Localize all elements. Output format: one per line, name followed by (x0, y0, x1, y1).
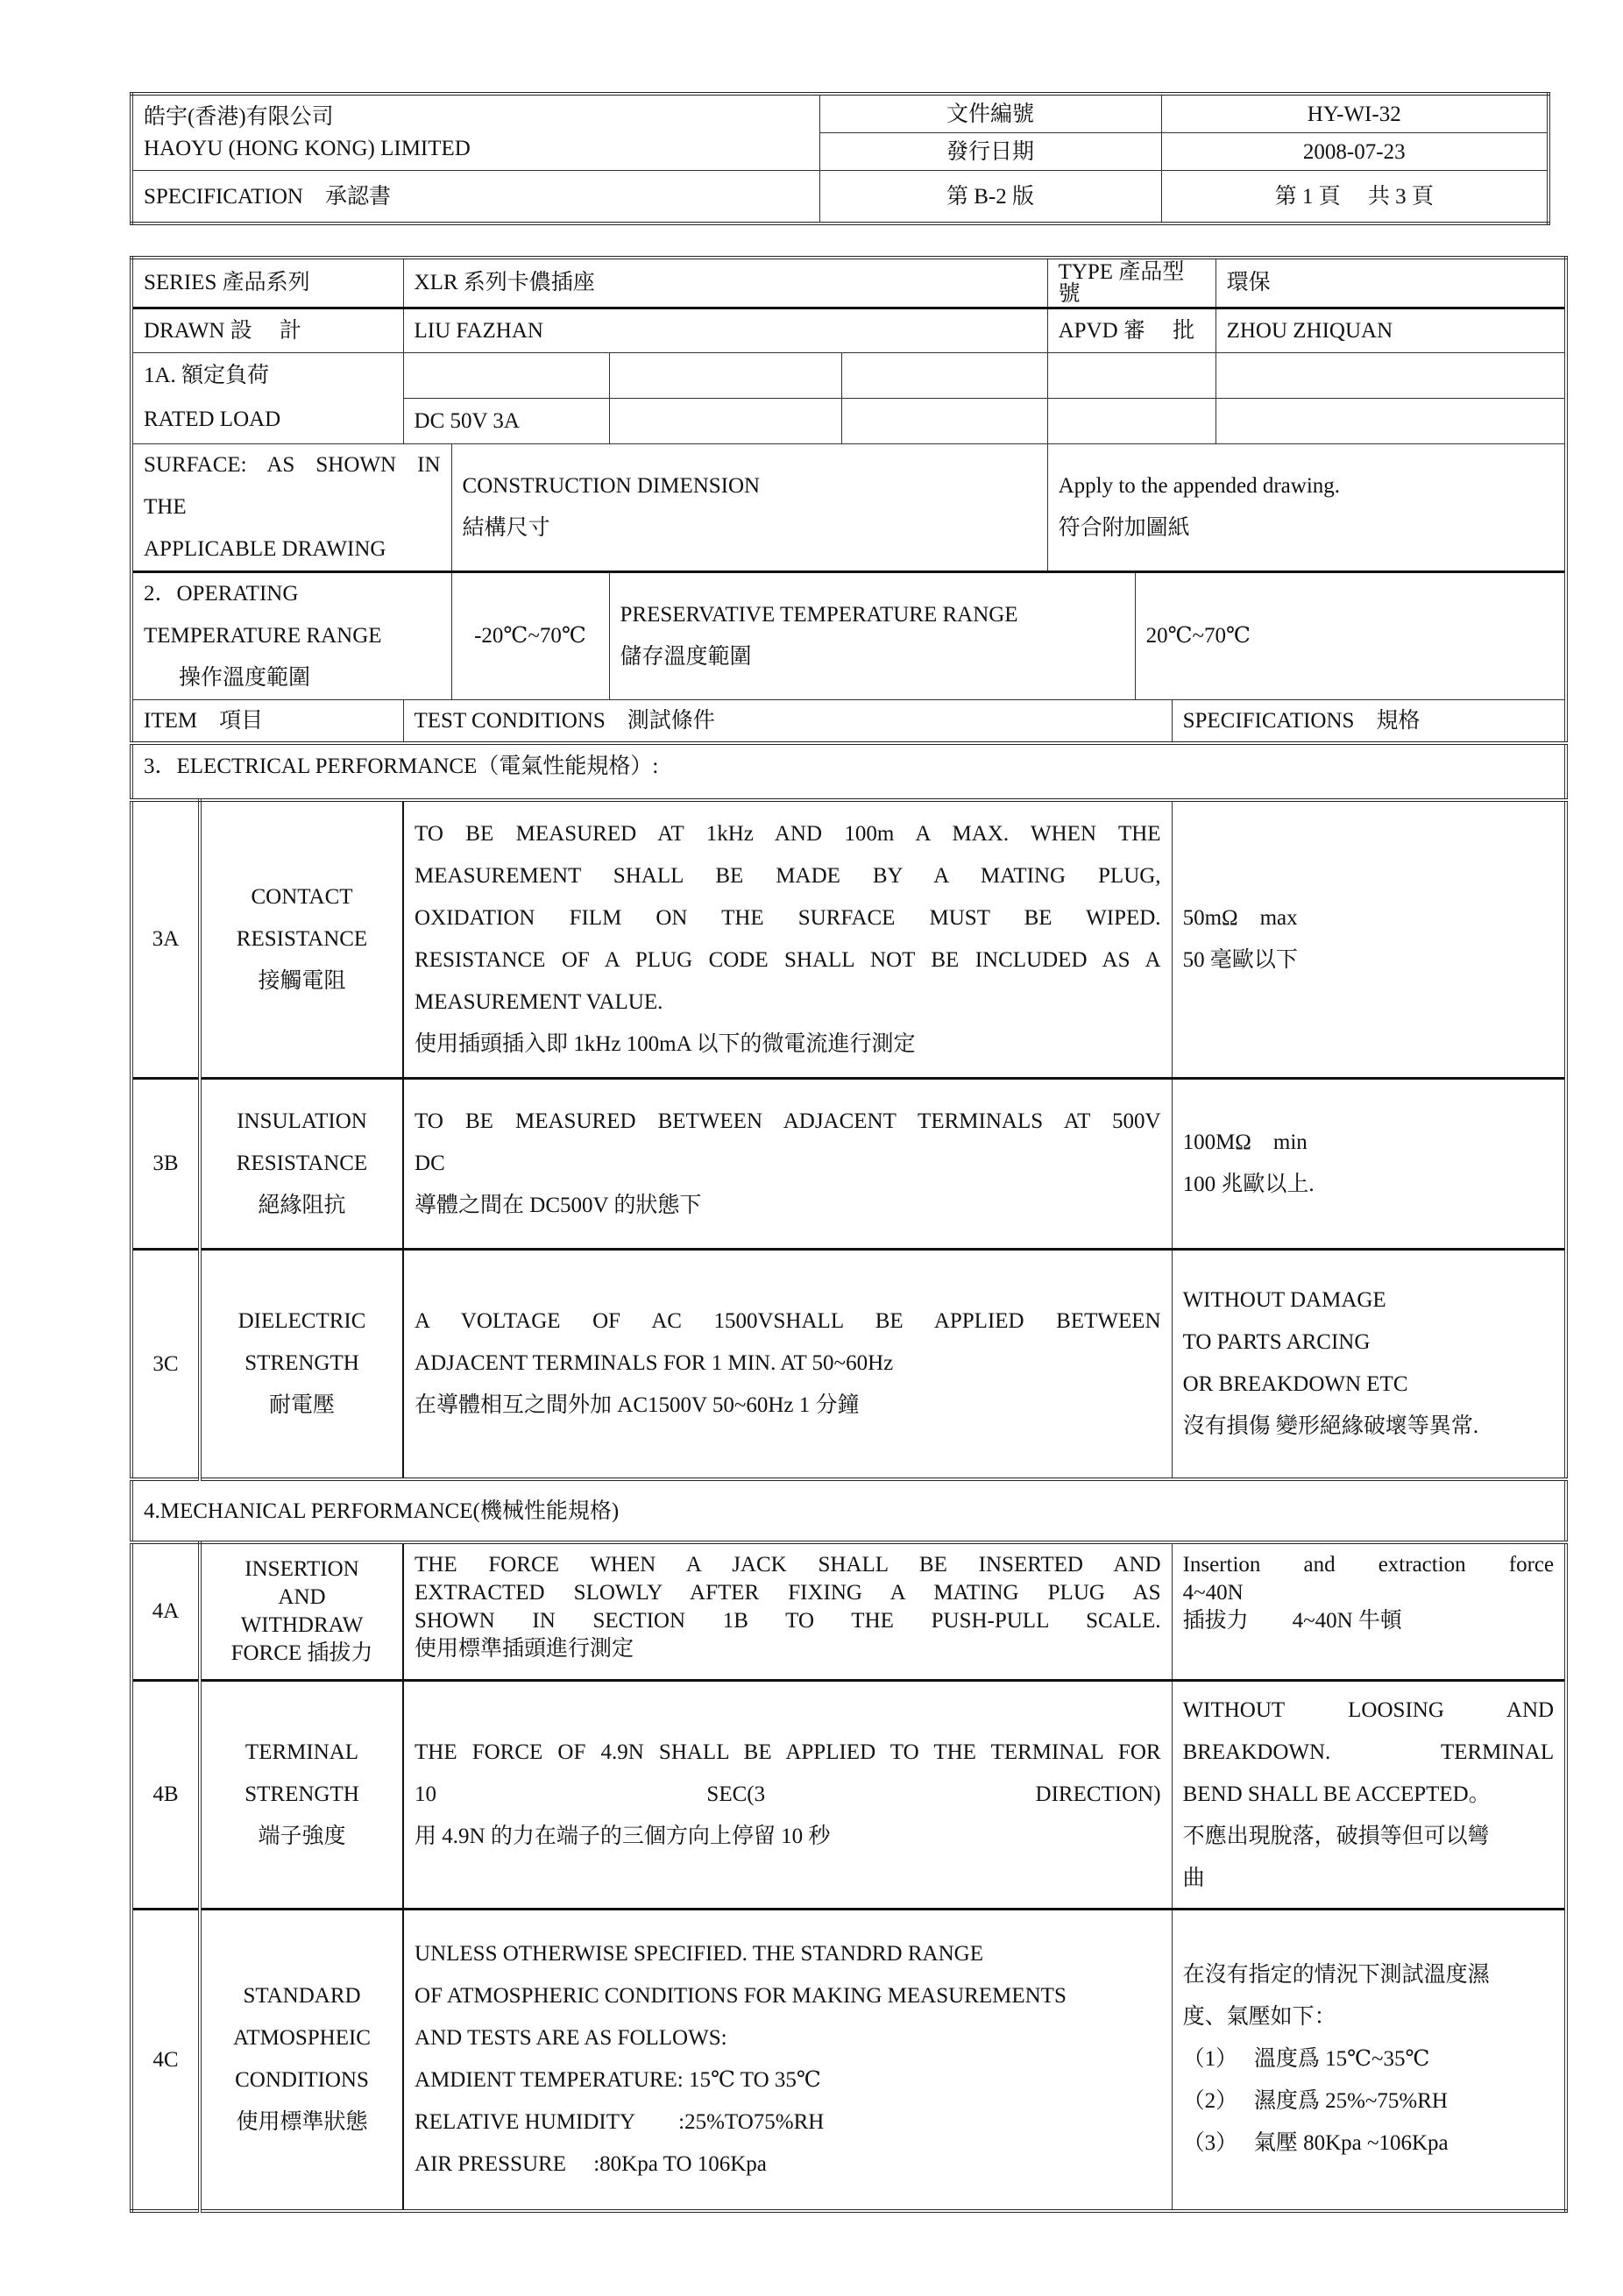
apply-cn: 符合附加圖紙 (1059, 507, 1555, 549)
section-title-row: 3．ELECTRICAL PERFORMANCE（電氣性能規格）: (131, 743, 1566, 800)
spec-line: 50 毫歐以下 (1183, 939, 1555, 981)
table-row: 3BINSULATIONRESISTANCE絕緣阻抗TO BE MEASURED… (131, 1078, 1566, 1249)
item-id: 3B (131, 1078, 200, 1249)
test-conditions: THE FORCE WHEN A JACK SHALL BE INSERTED … (403, 1542, 1172, 1680)
op-temp-cn: 操作溫度範圍 (144, 657, 441, 699)
item-name-line: 接觸電阻 (212, 960, 392, 1003)
specification: 在沒有指定的情況下測試溫度濕度、氣壓如下：（1） 溫度爲 15℃~35℃（2） … (1172, 1909, 1566, 2211)
item-name: CONTACTRESISTANCE接觸電阻 (200, 800, 403, 1078)
rated-load-cell (1047, 398, 1215, 443)
item-name-line: DIELECTRIC (212, 1300, 392, 1343)
condition-line: EXTRACTED SLOWLY AFTER FIXING A MATING P… (415, 1579, 1161, 1607)
company-name-cn: 皓宇(香港)有限公司 (144, 102, 809, 133)
spec-line: Insertion and extraction force (1183, 1551, 1555, 1579)
page-number: 第 1 頁 共 3 頁 (1161, 171, 1549, 224)
rated-load-cell (609, 352, 841, 398)
test-conditions: TO BE MEASURED BETWEEN ADJACENT TERMINAL… (403, 1078, 1172, 1249)
item-name-line: INSERTION (212, 1555, 392, 1584)
test-conditions: UNLESS OTHERWISE SPECIFIED. THE STANDRD … (403, 1909, 1172, 2211)
sections-body: 3．ELECTRICAL PERFORMANCE（電氣性能規格）:3ACONTA… (131, 743, 1566, 2211)
version: 第 B-2 版 (819, 171, 1161, 224)
spec-line: 沒有損傷 變形絕緣破壞等異常. (1183, 1406, 1555, 1448)
spec-line: 插拔力 4~40N 牛頓 (1183, 1607, 1555, 1635)
rated-load-cell (1215, 352, 1566, 398)
condition-line: THE FORCE WHEN A JACK SHALL BE INSERTED … (415, 1551, 1161, 1579)
surface-cell: SURFACE: AS SHOWN IN THE APPLICABLE DRAW… (131, 443, 451, 571)
rated-load-cell (609, 398, 841, 443)
item-name: INSULATIONRESISTANCE絕緣阻抗 (200, 1078, 403, 1249)
item-name-line: RESISTANCE (212, 918, 392, 960)
apvd-label: APVD 審 批 (1047, 308, 1215, 352)
op-temp-label: 2．OPERATING TEMPERATURE RANGE 操作溫度範圍 (131, 571, 451, 699)
rated-load-cell (1047, 352, 1215, 398)
condition-line: RELATIVE HUMIDITY :25%TO75%RH (415, 2101, 1161, 2144)
test-conditions: THE FORCE OF 4.9N SHALL BE APPLIED TO TH… (403, 1680, 1172, 1909)
spec-line: 度、氣壓如下： (1183, 1996, 1555, 2038)
spec-line: TO PARTS ARCING (1183, 1322, 1555, 1364)
specification: WITHOUT DAMAGETO PARTS ARCINGOR BREAKDOW… (1172, 1249, 1566, 1479)
spec-line: BEND SHALL BE ACCEPTED。 (1183, 1774, 1555, 1816)
pres-temp-value: 20℃~70℃ (1135, 571, 1566, 699)
op-temp-value: -20℃~70℃ (451, 571, 609, 699)
specification: WITHOUT LOOSING ANDBREAKDOWN. TERMINALBE… (1172, 1680, 1566, 1909)
condition-line: SHOWN IN SECTION 1B TO THE PUSH-PULL SCA… (415, 1607, 1161, 1635)
specification-table: SERIES 產品系列 XLR 系列卡儂插座 TYPE 產品型號 環保 DRAW… (130, 256, 1568, 2213)
test-conditions: A VOLTAGE OF AC 1500VSHALL BE APPLIED BE… (403, 1249, 1172, 1479)
col-header-specs: SPECIFICATIONS 規格 (1172, 699, 1566, 743)
section-title-row: 4.MECHANICAL PERFORMANCE(機械性能規格) (131, 1479, 1566, 1542)
rated-load-cn: 1A. 額定負荷 (144, 354, 403, 398)
table-row: 3CDIELECTRICSTRENGTH耐電壓A VOLTAGE OF AC 1… (131, 1249, 1566, 1479)
condition-line: 使用標準插頭進行測定 (415, 1635, 1161, 1663)
spec-line: 100MΩ min (1183, 1122, 1555, 1164)
item-name-line: CONTACT (212, 876, 392, 918)
specification: Insertion and extraction force4~40N插拔力 4… (1172, 1542, 1566, 1680)
apvd-value: ZHOU ZHIQUAN (1215, 308, 1566, 352)
section-title: 3．ELECTRICAL PERFORMANCE（電氣性能規格）: (131, 743, 1566, 800)
item-id: 3C (131, 1249, 200, 1479)
condition-line: 10 SEC(3 DIRECTION) (415, 1774, 1161, 1816)
spec-line: 100 兆歐以上. (1183, 1164, 1555, 1206)
specification: 100MΩ min100 兆歐以上. (1172, 1078, 1566, 1249)
rated-load-cell (841, 352, 1047, 398)
item-name-line: 耐電壓 (212, 1385, 392, 1427)
spec-line: OR BREAKDOWN ETC (1183, 1364, 1555, 1406)
item-name-line: AND (212, 1584, 392, 1612)
condition-line: AMDIENT TEMPERATURE: 15℃ TO 35℃ (415, 2059, 1161, 2101)
type-label: TYPE 產品型號 (1047, 258, 1215, 308)
item-name-line: TERMINAL (212, 1732, 392, 1774)
spec-line: 不應出現脫落，破損等但可以彎 (1183, 1816, 1555, 1858)
condition-line: 導體之間在 DC500V 的狀態下 (415, 1185, 1161, 1227)
condition-line: AIR PRESSURE :80Kpa TO 106Kpa (415, 2144, 1161, 2186)
item-name-line: INSULATION (212, 1101, 392, 1143)
pres-temp-cn: 儲存溫度範圍 (620, 636, 1124, 678)
doc-no-value: HY-WI-32 (1161, 94, 1549, 133)
drawn-value: LIU FAZHAN (403, 308, 1047, 352)
condition-line: RESISTANCE OF A PLUG CODE SHALL NOT BE I… (415, 939, 1161, 981)
spec-line: WITHOUT LOOSING AND (1183, 1690, 1555, 1732)
item-name: DIELECTRICSTRENGTH耐電壓 (200, 1249, 403, 1479)
apply-cell: Apply to the appended drawing. 符合附加圖紙 (1047, 443, 1566, 571)
spec-line: 4~40N (1183, 1579, 1555, 1607)
pres-temp-en: PRESERVATIVE TEMPERATURE RANGE (620, 594, 1124, 636)
condition-line: UNLESS OTHERWISE SPECIFIED. THE STANDRD … (415, 1933, 1161, 1975)
item-name-line: 絕緣阻抗 (212, 1185, 392, 1227)
rated-load-value: DC 50V 3A (403, 398, 609, 443)
condition-line: TO BE MEASURED BETWEEN ADJACENT TERMINAL… (415, 1101, 1161, 1143)
issue-date-label: 發行日期 (819, 133, 1161, 171)
spec-line: 50mΩ max (1183, 897, 1555, 939)
specification: 50mΩ max50 毫歐以下 (1172, 800, 1566, 1078)
condition-line: MEASUREMENT VALUE. (415, 981, 1161, 1024)
condition-line: ADJACENT TERMINALS FOR 1 MIN. AT 50~60Hz (415, 1343, 1161, 1385)
drawn-label: DRAWN 設 計 (131, 308, 403, 352)
condition-line: OXIDATION FILM ON THE SURFACE MUST BE WI… (415, 897, 1161, 939)
item-name-line: STANDARD (212, 1975, 392, 2017)
document-header-table: 皓宇(香港)有限公司 HAOYU (HONG KONG) LIMITED 文件編… (130, 92, 1550, 225)
item-name-line: 端子強度 (212, 1816, 392, 1858)
test-conditions: TO BE MEASURED AT 1kHz AND 100m A MAX. W… (403, 800, 1172, 1078)
table-row: 3ACONTACTRESISTANCE接觸電阻TO BE MEASURED AT… (131, 800, 1566, 1078)
spec-line: 在沒有指定的情況下測試溫度濕 (1183, 1954, 1555, 1996)
section-title: 4.MECHANICAL PERFORMANCE(機械性能規格) (131, 1479, 1566, 1542)
item-name-line: RESISTANCE (212, 1143, 392, 1185)
company-name-en: HAOYU (HONG KONG) LIMITED (144, 133, 809, 165)
item-name-line: STRENGTH (212, 1774, 392, 1816)
item-name-line: CONDITIONS (212, 2059, 392, 2101)
type-value: 環保 (1215, 258, 1566, 308)
item-name-line: FORCE 插拔力 (212, 1640, 392, 1668)
col-header-item: ITEM 項目 (131, 699, 403, 743)
spec-line: （2） 濕度爲 25%~75%RH (1183, 2080, 1555, 2122)
rated-load-cell (841, 398, 1047, 443)
item-id: 4A (131, 1542, 200, 1680)
table-row: 4BTERMINALSTRENGTH端子強度THE FORCE OF 4.9N … (131, 1680, 1566, 1909)
rated-load-label: 1A. 額定負荷 RATED LOAD (131, 352, 403, 443)
construction-cell: CONSTRUCTION DIMENSION 結構尺寸 (451, 443, 1047, 571)
spec-title: SPECIFICATION 承認書 (131, 171, 819, 224)
spec-line: BREAKDOWN. TERMINAL (1183, 1732, 1555, 1774)
rated-load-cell (403, 352, 609, 398)
doc-no-label: 文件編號 (819, 94, 1161, 133)
condition-line: 在導體相互之間外加 AC1500V 50~60Hz 1 分鐘 (415, 1385, 1161, 1427)
spec-line: WITHOUT DAMAGE (1183, 1279, 1555, 1322)
issue-date-value: 2008-07-23 (1161, 133, 1549, 171)
spec-line: （3） 氣壓 80Kpa ~106Kpa (1183, 2122, 1555, 2165)
condition-line: OF ATMOSPHERIC CONDITIONS FOR MAKING MEA… (415, 1975, 1161, 2017)
company-cell: 皓宇(香港)有限公司 HAOYU (HONG KONG) LIMITED (131, 94, 819, 171)
apply-en: Apply to the appended drawing. (1059, 465, 1555, 507)
item-name-line: ATMOSPHEIC (212, 2017, 392, 2059)
construction-cn: 結構尺寸 (463, 507, 1037, 549)
rated-load-en: RATED LOAD (144, 398, 403, 442)
pres-temp-label: PRESERVATIVE TEMPERATURE RANGE 儲存溫度範圍 (609, 571, 1135, 699)
construction-en: CONSTRUCTION DIMENSION (463, 465, 1037, 507)
condition-line: AND TESTS ARE AS FOLLOWS: (415, 2017, 1161, 2059)
condition-line: 使用插頭插入即 1kHz 100mA 以下的微電流進行測定 (415, 1024, 1161, 1066)
surface-line-1: SURFACE: AS SHOWN IN THE (144, 444, 441, 528)
condition-line: 用 4.9N 的力在端子的三個方向上停留 10 秒 (415, 1816, 1161, 1858)
item-id: 3A (131, 800, 200, 1078)
condition-line: TO BE MEASURED AT 1kHz AND 100m A MAX. W… (415, 813, 1161, 855)
item-name: INSERTIONANDWITHDRAWFORCE 插拔力 (200, 1542, 403, 1680)
op-temp-en: 2．OPERATING TEMPERATURE RANGE (144, 573, 441, 657)
item-id: 4C (131, 1909, 200, 2211)
table-row: 4CSTANDARDATMOSPHEICCONDITIONS使用標準狀態UNLE… (131, 1909, 1566, 2211)
surface-line-2: APPLICABLE DRAWING (144, 528, 441, 570)
item-id: 4B (131, 1680, 200, 1909)
series-value: XLR 系列卡儂插座 (403, 258, 1047, 308)
item-name-line: STRENGTH (212, 1343, 392, 1385)
spec-line: （1） 溫度爲 15℃~35℃ (1183, 2038, 1555, 2080)
spec-line: 曲 (1183, 1858, 1555, 1900)
item-name-line: WITHDRAW (212, 1612, 392, 1640)
table-row: 4AINSERTIONANDWITHDRAWFORCE 插拔力THE FORCE… (131, 1542, 1566, 1680)
condition-line: A VOLTAGE OF AC 1500VSHALL BE APPLIED BE… (415, 1300, 1161, 1343)
condition-line: THE FORCE OF 4.9N SHALL BE APPLIED TO TH… (415, 1732, 1161, 1774)
condition-line: MEASUREMENT SHALL BE MADE BY A MATING PL… (415, 855, 1161, 897)
series-label: SERIES 產品系列 (131, 258, 403, 308)
rated-load-cell (1215, 398, 1566, 443)
item-name-line: 使用標準狀態 (212, 2101, 392, 2144)
item-name: STANDARDATMOSPHEICCONDITIONS使用標準狀態 (200, 1909, 403, 2211)
condition-line: DC (415, 1143, 1161, 1185)
col-header-conditions: TEST CONDITIONS 測試條件 (403, 699, 1172, 743)
item-name: TERMINALSTRENGTH端子強度 (200, 1680, 403, 1909)
